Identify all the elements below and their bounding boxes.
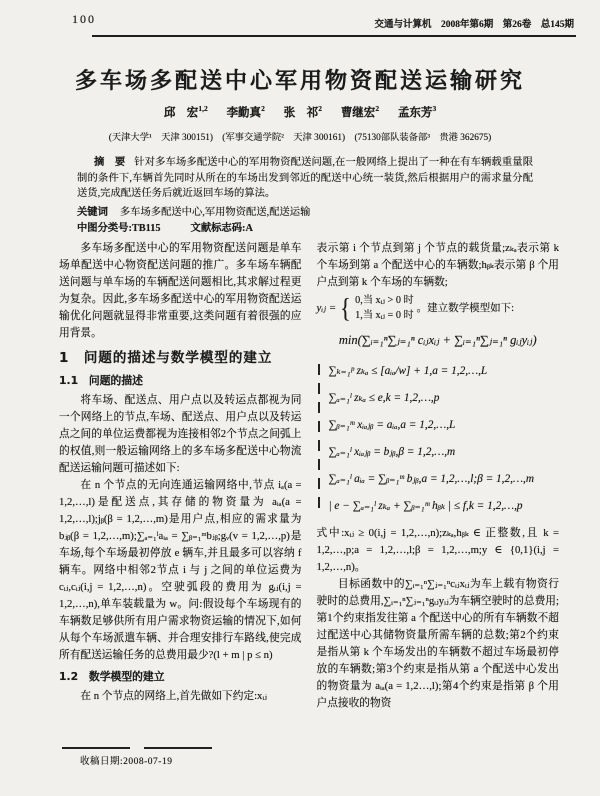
y-definition-formula: yᵢⱼ = { 0,当 xᵢⱼ > 0 时 1,当 xᵢⱼ = 0 时 。建立数…	[317, 293, 560, 323]
author-affil-sup: 2	[375, 104, 379, 113]
footnote-rule	[62, 747, 130, 749]
authors-line: 邱 宏1,2 李勤真2 张 祁2 曹继宏2 孟东芳3	[0, 104, 600, 120]
left-brace-glyph: {	[341, 300, 351, 317]
clc-line: 中图分类号:TB115文献标志码:A	[77, 219, 533, 234]
section-1-1-heading: 1.1 问题的描述	[59, 372, 302, 389]
y-case-2: 1,当 xᵢⱼ = 0 时	[355, 308, 414, 323]
author-name: 邱 宏	[164, 107, 199, 119]
keywords-line: 关键词多车场多配送中心,军用物资配送,配送运输	[77, 203, 533, 218]
system-brace	[318, 364, 320, 514]
keywords-label: 关键词	[77, 207, 108, 218]
section-1-heading: 1 问题的描述与数学模型的建立	[59, 350, 302, 367]
author-name: 孟东芳	[398, 107, 433, 119]
variables-paragraph: 表示第 i 个节点到第 j 个节点的载货量;zₖₐ表示第 k 个车场到第 a 个…	[317, 240, 560, 291]
author-name: 张 祁	[284, 107, 319, 119]
paper-title: 多车场多配送中心军用物资配送运输研究	[0, 64, 600, 95]
clc-number: 中图分类号:TB115	[77, 223, 161, 234]
author-affil-sup: 2	[318, 104, 322, 113]
author-affil-sup: 2	[261, 104, 265, 113]
y-cases: 0,当 xᵢⱼ > 0 时 1,当 xᵢⱼ = 0 时	[355, 293, 414, 323]
constraint-system: ∑ₖ₌₁ᵖ zₖₐ ≤ [aᵢₐ/w] + 1,a = 1,2,…,L ∑ₐ₌₁…	[317, 358, 560, 520]
journal-page: 100 交通与计算机 2008年第6期 第26卷 总145期 多车场多配送中心军…	[0, 0, 600, 796]
intro-paragraph: 多车场多配送中心的军用物资配送问题是单车场单配送中心物资配送问题的推广。多车场车…	[59, 240, 302, 342]
y-lhs: yᵢⱼ =	[317, 300, 337, 317]
model-intro-text: 。建立数学模型如下:	[417, 300, 514, 317]
y-case-1: 0,当 xᵢⱼ > 0 时	[355, 293, 414, 308]
constraint-6: | e − ∑ₐ₌₁ˡ zₖₐ + ∑ᵦ₌₁ᵐ hᵦₖ | ≤ f,k = 1,…	[329, 493, 560, 520]
abstract-paragraph: 摘 要针对多车场多配送中心的军用物资配送问题,在一般网络上提出了一种在有车辆载重…	[77, 155, 533, 202]
author-5: 孟东芳3	[398, 107, 436, 119]
journal-header-line: 交通与计算机 2008年第6期 第26卷 总145期	[374, 16, 574, 30]
keywords-text: 多车场多配送中心,军用物资配送,配送运输	[120, 207, 311, 218]
objective-function-formula: min(∑ᵢ₌₁ⁿ∑ⱼ₌₁ⁿ cᵢⱼxᵢⱼ + ∑ᵢ₌₁ⁿ∑ⱼ₌₁ⁿ gᵢⱼyᵢ…	[317, 328, 560, 352]
author-name: 李勤真	[227, 107, 262, 119]
constraints-explanation-paragraph: 目标函数中的∑ᵢ₌₁ⁿ∑ⱼ₌₁ⁿcᵢⱼxᵢⱼ为车上载有物资行驶时的总费用,∑ᵢ₌…	[317, 576, 560, 712]
page-number: 100	[72, 12, 96, 27]
document-code: 文献标志码:A	[191, 223, 253, 234]
left-column: 多车场多配送中心的军用物资配送问题是单车场单配送中心物资配送问题的推广。多车场车…	[59, 240, 302, 712]
problem-description-paragraph: 将车场、配送点、用户点以及转运点都视为同一个网络上的节点,车场、配送点、用户点以…	[59, 392, 302, 477]
constraint-5: ∑ₐ₌₁ˡ aᵢₐ = ∑ᵦ₌₁ᵐ bⱼᵦ,a = 1,2,…,l;β = 1,…	[329, 466, 560, 493]
author-affil-sup: 3	[432, 104, 436, 113]
notation-paragraph: 式中:xᵢⱼ ≥ 0(i,j = 1,2,…,n);zₖₐ,hᵦₖ ∈ 正整数,…	[317, 525, 560, 576]
network-definition-paragraph: 在 n 个节点的无向连通运输网络中,节点 iₐ(a = 1,2,…,l)是配送点…	[59, 477, 302, 664]
author-affil-sup: 1,2	[198, 104, 207, 113]
author-1: 邱 宏1,2	[164, 107, 208, 119]
author-name: 曹继宏	[341, 107, 376, 119]
right-column: 表示第 i 个节点到第 j 个节点的载货量;zₖₐ表示第 k 个车场到第 a 个…	[317, 240, 560, 712]
constraint-1: ∑ₖ₌₁ᵖ zₖₐ ≤ [aᵢₐ/w] + 1,a = 1,2,…,L	[329, 358, 560, 385]
author-3: 张 祁2	[284, 107, 322, 119]
abstract-text: 针对多车场多配送中心的军用物资配送问题,在一般网络上提出了一种在有车辆载重量限制…	[77, 157, 533, 199]
body-columns: 多车场多配送中心的军用物资配送问题是单车场单配送中心物资配送问题的推广。多车场车…	[59, 240, 559, 712]
section-1-2-heading: 1.2 数学模型的建立	[59, 668, 302, 685]
constraint-2: ∑ₐ₌₁ˡ zₖₐ ≤ e,k = 1,2,…,p	[329, 385, 560, 412]
constraint-3: ∑ᵦ₌₁ᵐ xᵢₐⱼᵦ = aᵢₐ,a = 1,2,…,L	[329, 412, 560, 439]
received-date: 收稿日期:2008-07-19	[80, 753, 172, 767]
author-4: 曹继宏2	[341, 107, 379, 119]
author-2: 李勤真2	[227, 107, 265, 119]
model-setup-paragraph: 在 n 个节点的网络上,首先做如下约定:xᵢⱼ	[59, 688, 302, 705]
header-rule	[92, 35, 576, 37]
abstract-label: 摘 要	[94, 157, 125, 168]
constraint-4: ∑ₐ₌₁ˡ xᵢₐⱼᵦ = bⱼᵦ,β = 1,2,…,m	[329, 439, 560, 466]
affiliation-line: (天津大学¹ 天津 300151) (军事交通学院² 天津 300161) (7…	[0, 129, 600, 143]
